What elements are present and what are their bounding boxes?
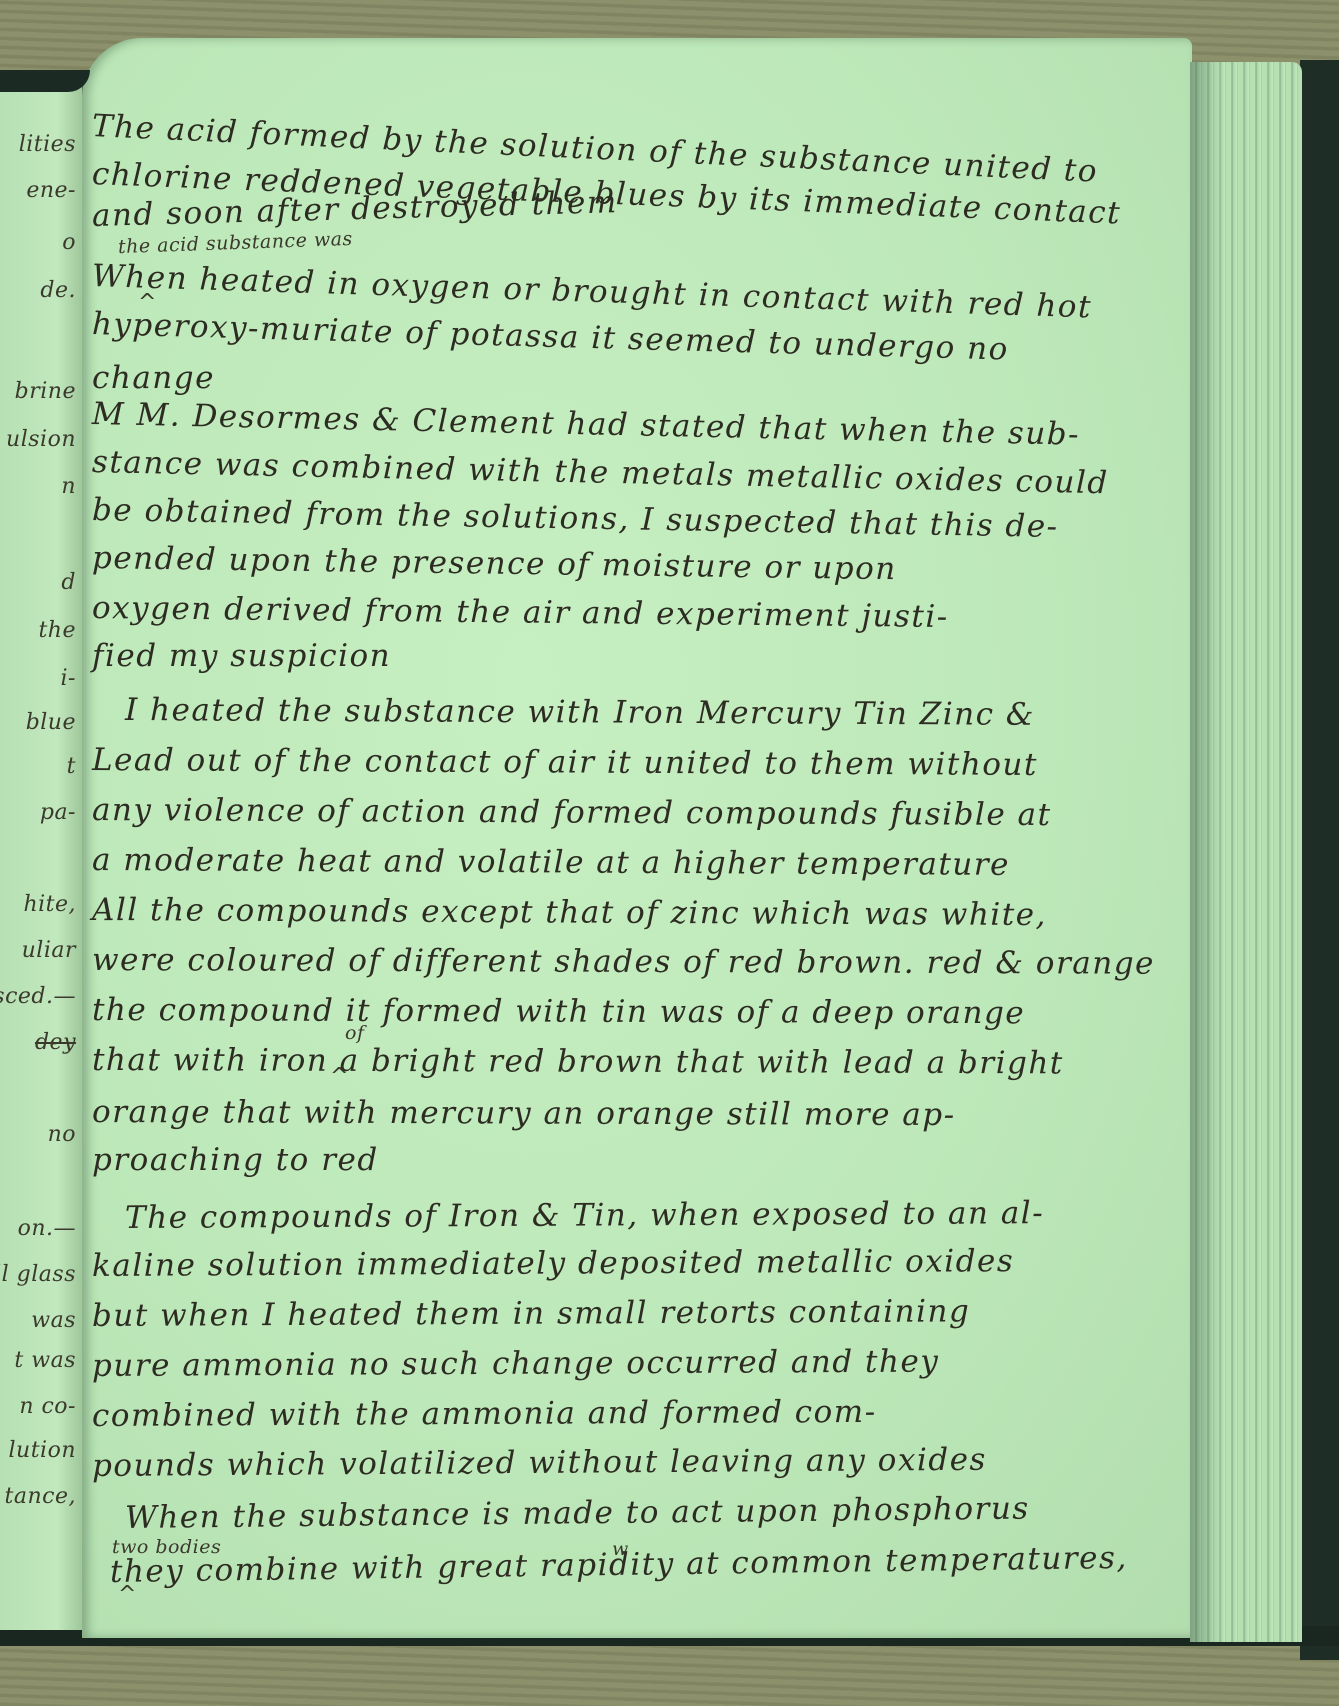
interlinear-insertion: of (345, 1022, 364, 1044)
manuscript-line: I heated the substance with Iron Mercury… (125, 692, 1035, 733)
manuscript-line: All the compounds except that of zinc wh… (92, 892, 1047, 933)
manuscript-line: were coloured of different shades of red… (92, 942, 1155, 982)
manuscript-line: that with iron a bright red brown that w… (92, 1042, 1064, 1081)
facing-fragment: hite, (23, 892, 76, 917)
manuscript-line: the compound it formed with tin was of a… (92, 992, 1025, 1031)
manuscript-line: kaline solution immediately deposited me… (92, 1243, 1014, 1284)
manuscript-line: a moderate heat and volatile at a higher… (92, 842, 1010, 883)
facing-fragment: was (31, 1308, 76, 1333)
facing-fragment: ene- (26, 178, 76, 203)
facing-fragment: blue (26, 710, 76, 735)
facing-fragment: tance, (5, 1484, 76, 1509)
manuscript-line: change (92, 360, 215, 396)
manuscript-line: Lead out of the contact of air it united… (92, 742, 1038, 783)
insertion-caret-icon: ^ (118, 1582, 136, 1607)
insertion-caret-icon: ^ (138, 290, 156, 315)
facing-fragment: n (61, 474, 76, 499)
manuscript-line: pure ammonia no such change occurred and… (92, 1344, 939, 1384)
manuscript-line: any violence of action and formed compou… (92, 792, 1052, 833)
interlinear-insertion: two bodies (112, 1536, 221, 1558)
manuscript-line: but when I heated them in small retorts … (92, 1293, 970, 1334)
facing-fragment: esced.— (0, 984, 76, 1009)
facing-fragment: ll glass (0, 1262, 76, 1287)
facing-fragment: lities (19, 132, 76, 157)
manuscript-line: orange that with mercury an orange still… (92, 1094, 956, 1133)
facing-fragment-struck: dey (35, 1030, 76, 1055)
page-edges-shadow (1190, 62, 1220, 1642)
manuscript-line: pounds which volatilized without leaving… (92, 1442, 987, 1484)
book-cover-corner (0, 70, 90, 92)
facing-fragment: n co- (19, 1394, 76, 1419)
interlinear-insertion: w (612, 1538, 629, 1560)
facing-fragment: ulsion (6, 427, 76, 452)
facing-fragment: o (62, 230, 76, 255)
insertion-caret-icon: ^ (330, 1064, 348, 1089)
facing-fragment: d (61, 570, 76, 595)
book-cover-right (1300, 60, 1339, 1660)
facing-fragment: brine (15, 379, 76, 404)
manuscript-line: fied my suspicion (92, 638, 391, 674)
facing-page: lities ene- o de. brine ulsion n d the i… (0, 82, 84, 1630)
facing-fragment: lution (9, 1438, 77, 1463)
facing-fragment: no (48, 1122, 76, 1147)
manuscript-line: combined with the ammonia and formed com… (92, 1394, 877, 1434)
facing-fragment: pa- (40, 800, 76, 825)
manuscript-line: proaching to red (92, 1142, 379, 1178)
facing-fragment: uliar (22, 938, 76, 963)
facing-fragment: de. (40, 278, 76, 303)
facing-fragment: on.— (18, 1216, 76, 1241)
facing-fragment: the (38, 618, 76, 643)
facing-fragment: t (67, 754, 76, 779)
facing-fragment: t was (14, 1348, 76, 1373)
manuscript-photo: lities ene- o de. brine ulsion n d the i… (0, 0, 1339, 1706)
facing-fragment: i- (61, 666, 76, 691)
manuscript-line: The compounds of Iron & Tin, when expose… (125, 1195, 1044, 1236)
